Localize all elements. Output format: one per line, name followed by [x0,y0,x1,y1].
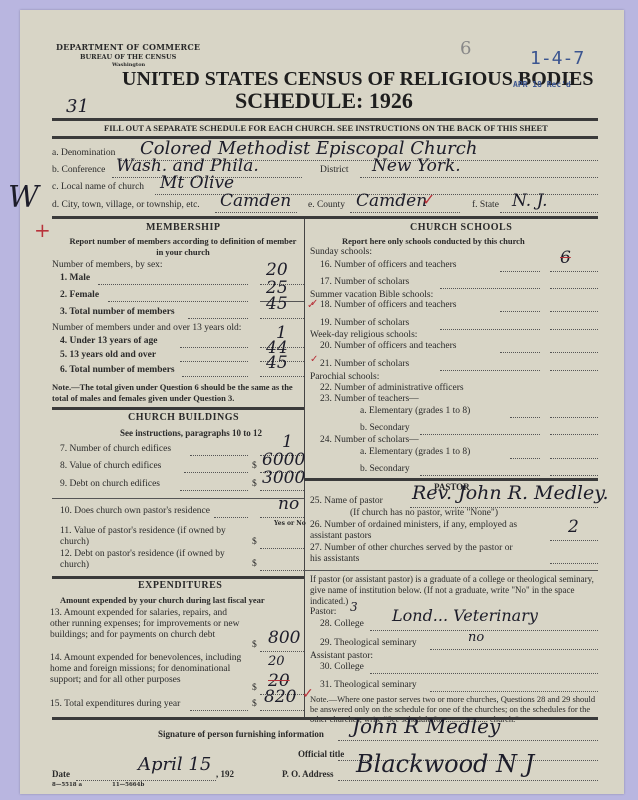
q23a-label: a. Elementary (grades 1 to 8) [360,406,470,416]
dollar-sign: $ [252,699,257,709]
dollar-sign: $ [252,640,257,650]
q25-label: 25. Name of pastor [310,496,383,506]
po-address-label: P. O. Address [282,769,334,779]
stamp-number: 1-4-7 [530,48,584,69]
q28-college-field[interactable]: Lond... Veterinary [392,606,538,625]
state-field[interactable]: N. J. [512,191,548,211]
q7-edifices-field[interactable]: 1 [282,432,293,452]
q16-field[interactable]: 6 [560,248,571,268]
buildings-subtitle: See instructions, paragraphs 10 to 12 [120,428,262,438]
signature-label: Signature of person furnishing informati… [158,729,324,739]
local-name-label: c. Local name of church [52,182,144,192]
q14-red-correction: 20 [268,654,285,669]
dollar-sign: $ [252,479,257,489]
q24-label: 24. Number of scholars— [320,435,419,445]
q25-pastor-name-field[interactable]: Rev. John R. Medley. [412,482,609,504]
year-prefix: , 192 [216,769,234,779]
red-checkmark-icon: ✓ [422,190,435,209]
q18-label: 18. Number of officers and teachers [320,300,456,310]
q26-label: 26. Number of ordained ministers, if any… [310,520,520,542]
department-label: DEPARTMENT OF COMMERCE [56,42,200,52]
q28-label: 28. College [320,619,364,629]
q10-residence-field[interactable]: no [278,494,299,514]
pastor-red-mark: 3 [350,600,358,614]
membership-title: MEMBERSHIP [146,222,220,233]
q16-label: 16. Number of officers and teachers [320,260,456,270]
q26-assistants-field[interactable]: 2 [568,517,579,537]
q7-label: 7. Number of church edifices [60,444,171,454]
sheet-number: 6 [460,38,471,59]
q14-label: 14. Amount expended for benevolences, in… [50,653,248,686]
q17-label: 17. Number of scholars [320,277,409,287]
red-number: 31 [66,96,89,117]
city-field-label: d. City, town, village, or township, etc… [52,200,200,210]
date-field[interactable]: April 15 [138,754,211,775]
red-margin-mark-icon: W [8,180,39,215]
membership-note: Note.—The total given under Question 6 s… [52,382,302,404]
red-cross-mark-icon: + [34,218,51,242]
q4-label: 4. Under 13 years of age [60,336,157,346]
q2-label: 2. Female [60,290,99,300]
schedule-title: SCHEDULE: 1926 [235,88,413,114]
by-sex-label: Number of members, by sex: [52,260,163,270]
q23b-label: b. Secondary [360,423,410,433]
expenditures-subtitle: Amount expended by your church during la… [60,595,265,605]
q21-label: 21. Number of scholars [320,359,409,369]
dollar-sign: $ [252,461,257,471]
stamp-received: APR 18 Rec'd [513,80,571,89]
q29-seminary-field[interactable]: no [468,630,484,645]
city-field[interactable]: Camden [220,191,291,211]
q1-male-field[interactable]: 20 [266,260,288,280]
official-title-label: Official title [298,749,344,759]
yes-no-hint: Yes or No [274,520,306,527]
pastor-sub-label: Pastor: [310,607,336,617]
q15-total-field[interactable]: 820 [264,687,296,707]
census-form-sheet: DEPARTMENT OF COMMERCE BUREAU OF THE CEN… [20,10,624,794]
buildings-title: CHURCH BUILDINGS [128,412,239,423]
q8-value-field[interactable]: 6000 [262,450,305,470]
local-name-field[interactable]: Mt Olive [160,173,234,193]
membership-subtitle: Report number of members according to de… [68,236,298,258]
q9-debt-field[interactable]: 3000 [262,468,305,488]
conference-label: b. Conference [52,165,105,175]
parochial-schools-label: Parochial schools: [310,372,379,382]
q20-label: 20. Number of officers and teachers [320,341,456,351]
county-label: e. County [308,200,345,210]
q19-label: 19. Number of scholars [320,318,409,328]
q25-hint: (If church has no pastor, write "None") [350,508,498,518]
date-label: Date [52,769,70,779]
schools-title: CHURCH SCHOOLS [410,222,512,233]
q24a-label: a. Elementary (grades 1 to 8) [360,447,470,457]
q6-total-field[interactable]: 45 [266,353,288,373]
expenditures-title: EXPENDITURES [138,580,222,591]
summer-schools-label: Summer vacation Bible schools: [310,290,433,300]
signature-field[interactable]: John R Medley [352,714,500,738]
q15-label: 15. Total expenditures during year [50,699,180,709]
q11-label: 11. Value of pastor's residence (if owne… [60,526,250,548]
q24b-label: b. Secondary [360,464,410,474]
dollar-sign: $ [252,559,257,569]
q13-running-expenses-field[interactable]: 800 [268,628,300,648]
form-code-1: 8—5518 a [52,782,82,788]
q8-label: 8. Value of church edifices [60,461,161,471]
q5-label: 5. 13 years old and over [60,350,156,360]
dollar-sign: $ [252,537,257,547]
bureau-label: BUREAU OF THE CENSUS [80,53,176,61]
assistant-pastor-label: Assistant pastor: [310,651,373,661]
q23-label: 23. Number of teachers— [320,394,419,404]
q1-label: 1. Male [60,273,90,283]
county-field[interactable]: Camden [356,191,427,211]
q9-label: 9. Debt on church edifices [60,479,160,489]
dollar-sign: $ [252,683,257,693]
sunday-schools-label: Sunday schools: [310,247,372,257]
q12-label: 12. Debt on pastor's residence (if owned… [60,549,250,571]
red-tick-icon: ✓ [310,298,318,309]
form-code-2: 11—5664b [112,782,144,788]
q6-label: 6. Total number of members [60,365,175,375]
state-label: f. State [472,200,499,210]
instruction-banner: FILL OUT A SEPARATE SCHEDULE FOR EACH CH… [104,123,548,133]
q27-label: 27. Number of other churches served by t… [310,543,520,565]
district-label: District [320,165,349,175]
q3-total-field[interactable]: 45 [266,294,288,314]
po-address-field[interactable]: Blackwood N J [356,750,534,778]
q29-label: 29. Theological seminary [320,638,417,648]
q3-label: 3. Total number of members [60,307,175,317]
q10-label: 10. Does church own pastor's residence [60,506,210,516]
q30-label: 30. College [320,662,364,672]
denomination-label: a. Denomination [52,148,115,158]
by-age-label: Number of members under and over 13 year… [52,323,241,333]
q22-label: 22. Number of administrative officers [320,383,464,393]
schools-subtitle: Report here only schools conducted by th… [342,236,525,246]
q13-label: 13. Amount expended for salaries, repair… [50,608,248,641]
weekday-schools-label: Week-day religious schools: [310,330,417,340]
q31-label: 31. Theological seminary [320,680,417,690]
district-field[interactable]: New York. [372,156,461,176]
red-tick-icon: ✓ [310,354,318,365]
